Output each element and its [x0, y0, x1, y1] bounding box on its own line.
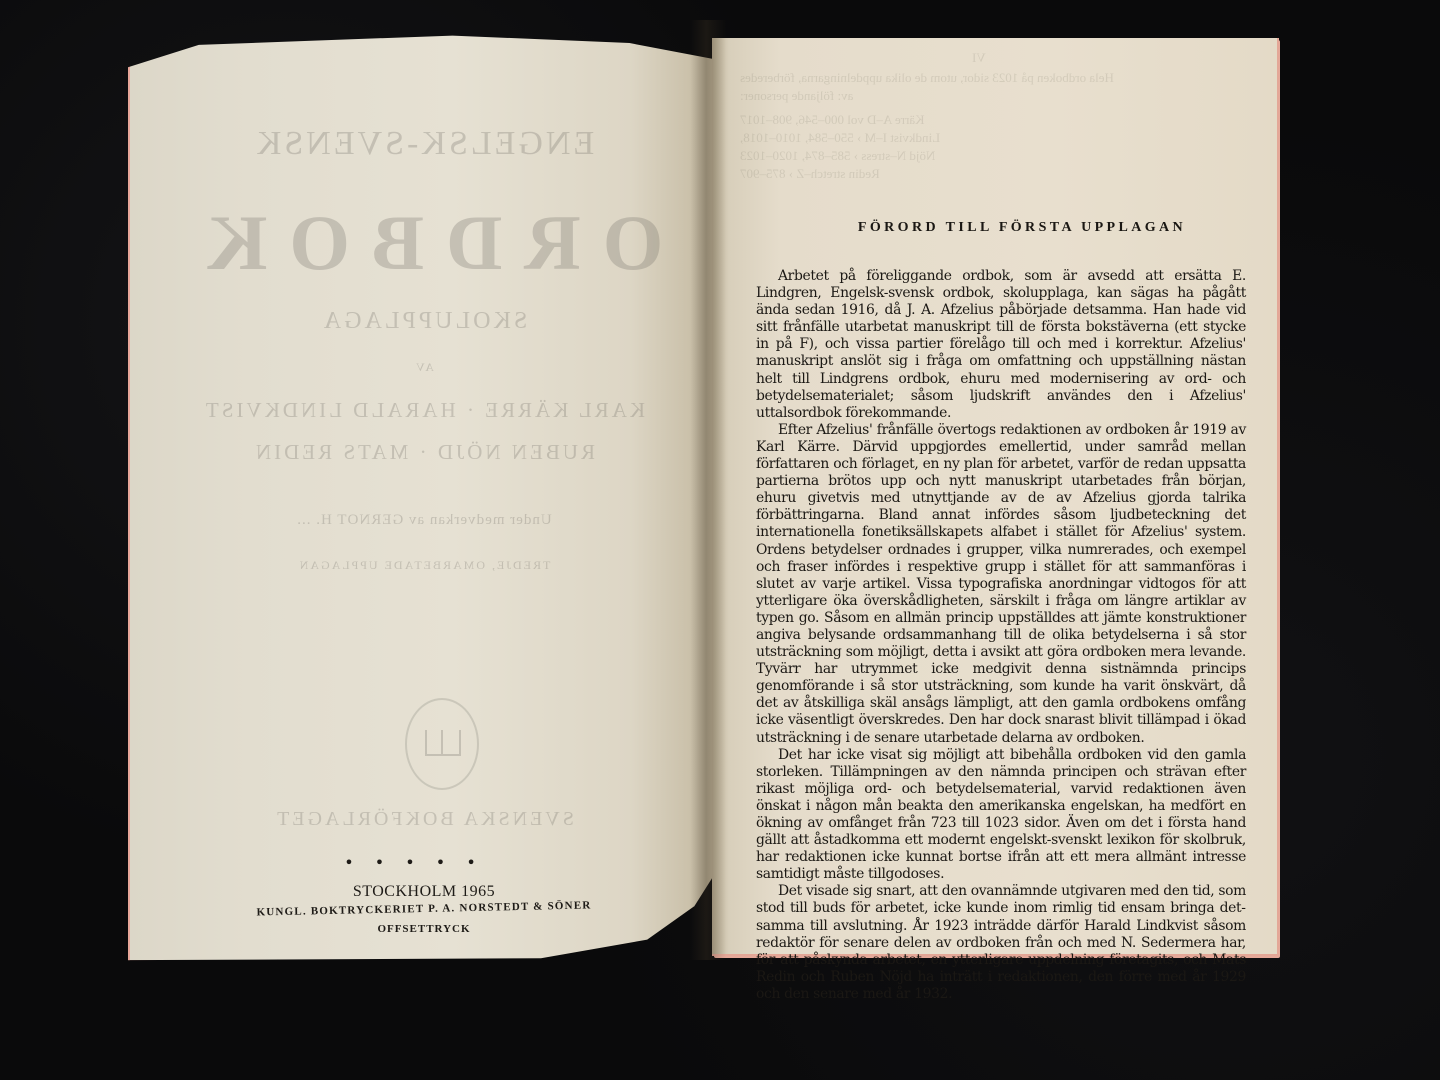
- ghost-title-line: ENGELSK-SVENSK: [130, 125, 718, 163]
- ghost-authors-2: RUBEN NÖJD · MATS REDIN: [130, 440, 718, 465]
- ghost-line: Redin stretch–Z › 875–907: [740, 166, 880, 182]
- ghost-line: av: följande personer:: [740, 88, 853, 104]
- ghost-skolupplaga: SKOLUPPLAGA: [130, 308, 718, 335]
- left-page: ENGELSK-SVENSK ORDBOK SKOLUPPLAGA AV KAR…: [128, 30, 718, 962]
- book-spine-gutter: [690, 20, 726, 960]
- ghost-collaboration: Under medverkan av GERNOT H. ...: [130, 512, 718, 529]
- preface-paragraph: Det har icke visat sig möjligt att bibeh…: [756, 747, 1246, 884]
- ornament-dots: • • • • •: [120, 853, 708, 872]
- ghost-line: Hela ordboken på 1023 sidor, utom de oli…: [740, 70, 1114, 86]
- ghost-publisher: SVENSKA BOKFÖRLAGET: [130, 808, 718, 831]
- preface-paragraph: Efter Afzelius' frånfälle övertogs redak…: [756, 422, 1246, 747]
- preface-paragraph: Det visade sig snart, att den ovannämnde…: [756, 883, 1246, 1003]
- ghost-page-number: VI: [972, 50, 986, 66]
- right-page: VI Hela ordboken på 1023 sidor, utom de …: [712, 38, 1279, 956]
- ghost-edition: TREDJE, OMARBETADE UPPLAGAN: [130, 558, 718, 573]
- imprint-method: OFFSETTRYCK: [130, 923, 718, 935]
- ghost-av: AV: [130, 360, 718, 375]
- ghost-ordbok: ORDBOK: [130, 198, 718, 288]
- publisher-emblem-icon: [405, 698, 479, 790]
- preface-paragraph: Arbetet på föreliggande ordbok, som är a…: [756, 268, 1246, 422]
- open-book-icon: [425, 730, 461, 756]
- preface-body: Arbetet på föreliggande ordbok, som är a…: [756, 268, 1246, 1003]
- ghost-line: Lindkvist I–M › 550–584, 1010–1018,: [740, 130, 940, 146]
- ghost-authors-1: KARL KÄRRE · HARALD LINDKVIST: [130, 398, 718, 423]
- preface-title: FÖRORD TILL FÖRSTA UPPLAGAN: [742, 220, 1302, 236]
- ghost-line: Nöjd N–stress › 585–874, 1020–1023: [740, 148, 935, 164]
- ghost-line: Kärre A–D vol 000–546, 908–1017: [740, 112, 925, 128]
